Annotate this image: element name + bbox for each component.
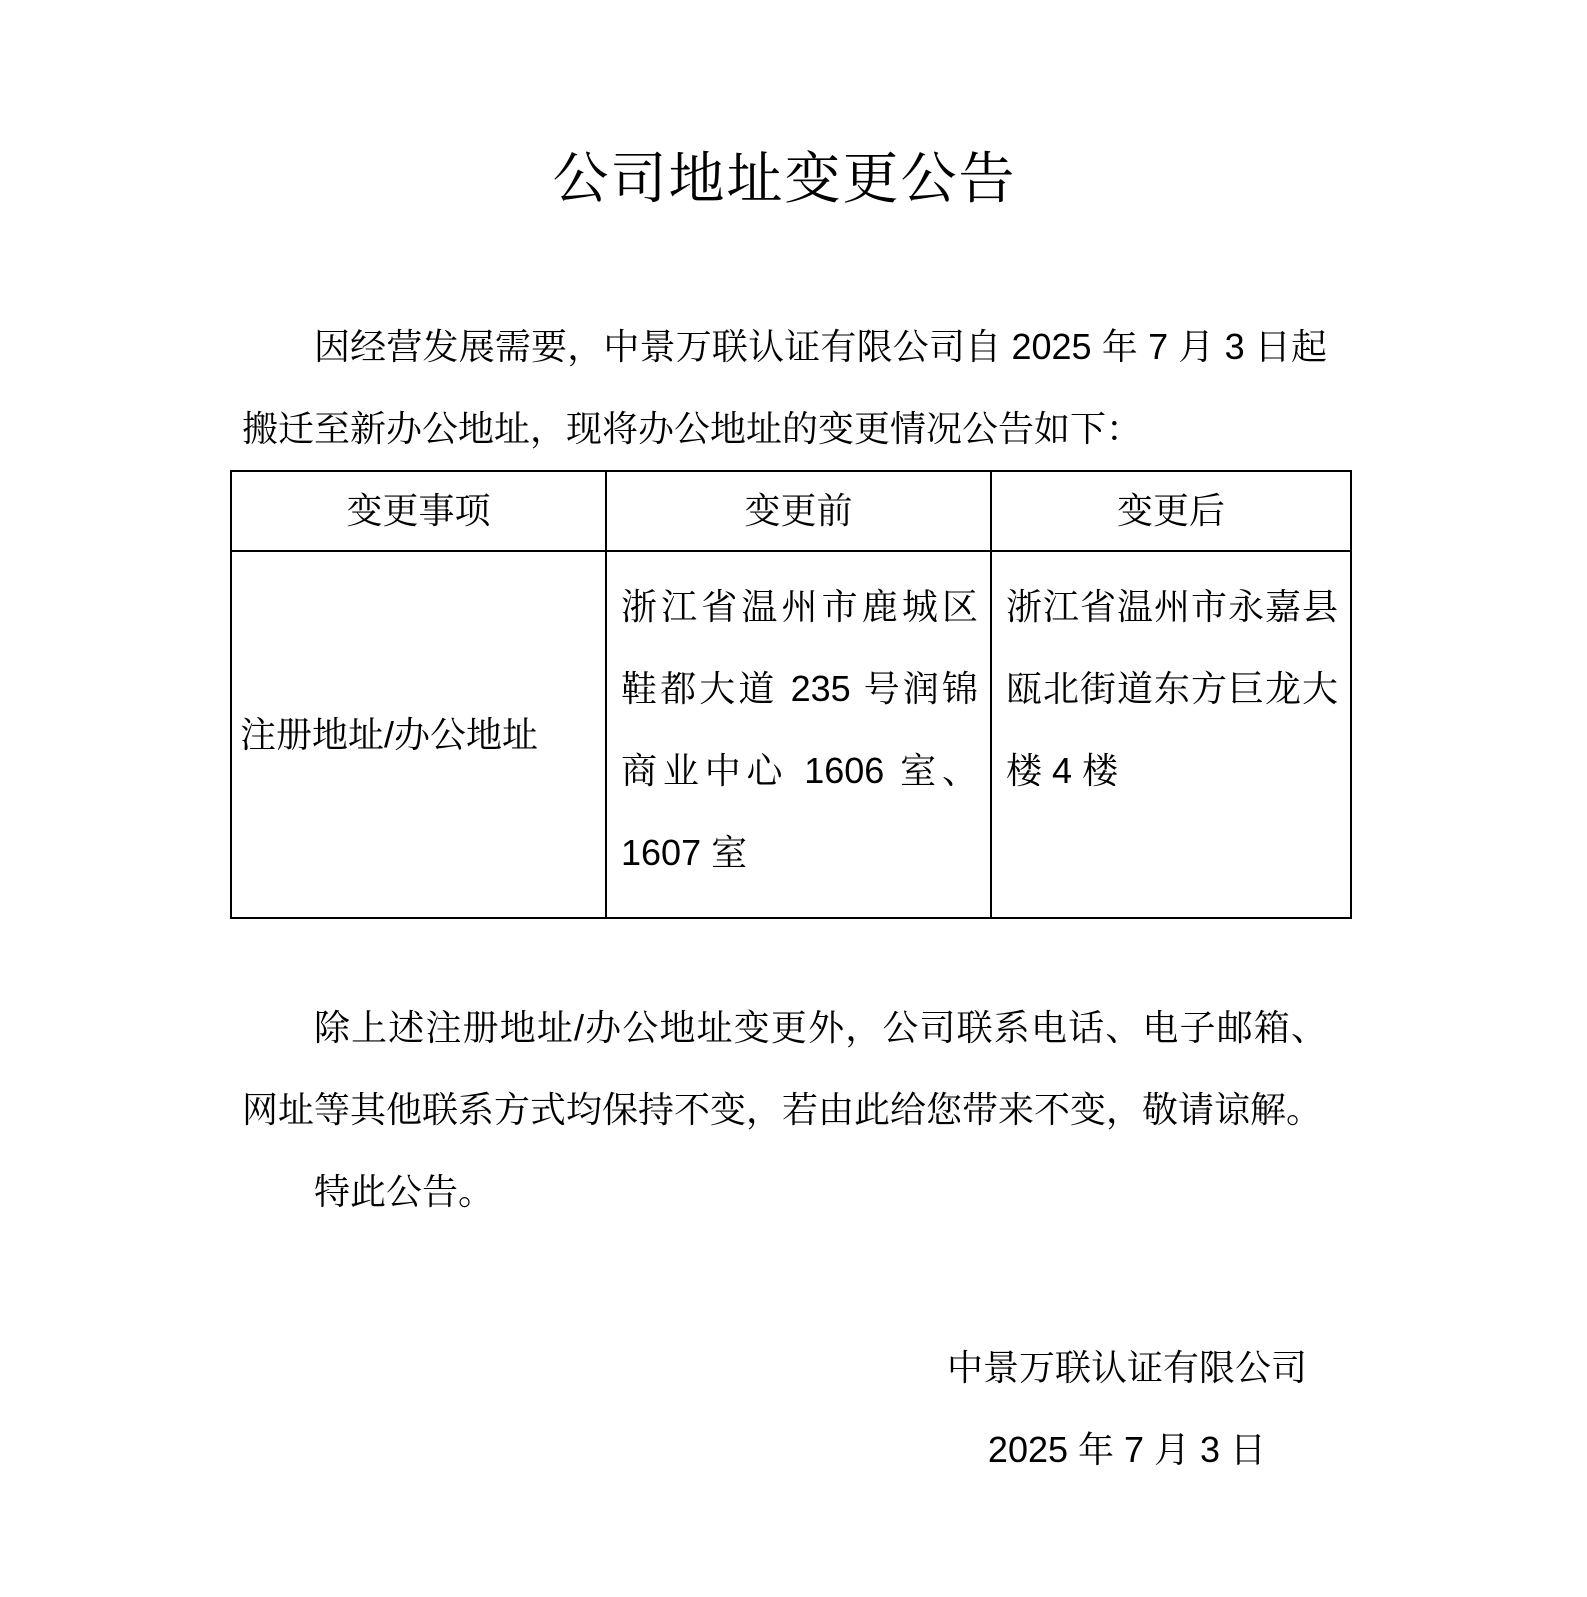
- signature-block: 中景万联认证有限公司 2025 年 7 月 3 日: [947, 1327, 1307, 1491]
- cell-change-item: 注册地址/办公地址: [231, 551, 606, 918]
- outro-paragraph: 除上述注册地址/办公地址变更外，公司联系电话、电子邮箱、网址等其他联系方式均保持…: [242, 987, 1327, 1151]
- table-header-before-change: 变更前: [606, 471, 991, 551]
- cell-address-after: 浙江省温州市永嘉县瓯北街道东方巨龙大楼 4 楼: [991, 551, 1351, 918]
- cell-address-before: 浙江省温州市鹿城区鞋都大道 235 号润锦商业中心 1606 室、1607 室: [606, 551, 991, 918]
- table-header-row: 变更事项 变更前 变更后: [231, 471, 1351, 551]
- closing-line: 特此公告。: [242, 1151, 1327, 1233]
- table-row: 注册地址/办公地址 浙江省温州市鹿城区鞋都大道 235 号润锦商业中心 1606…: [231, 551, 1351, 918]
- address-change-table: 变更事项 变更前 变更后 注册地址/办公地址 浙江省温州市鹿城区鞋都大道 235…: [230, 470, 1352, 919]
- signature-date: 2025 年 7 月 3 日: [947, 1409, 1307, 1491]
- table-header-change-item: 变更事项: [231, 471, 606, 551]
- table-header-after-change: 变更后: [991, 471, 1351, 551]
- document-page: 公司地址变更公告 因经营发展需要，中景万联认证有限公司自 2025 年 7 月 …: [0, 0, 1587, 1597]
- signature-company: 中景万联认证有限公司: [947, 1327, 1307, 1409]
- intro-paragraph: 因经营发展需要，中景万联认证有限公司自 2025 年 7 月 3 日起搬迁至新办…: [242, 306, 1327, 470]
- page-title: 公司地址变更公告: [242, 0, 1327, 220]
